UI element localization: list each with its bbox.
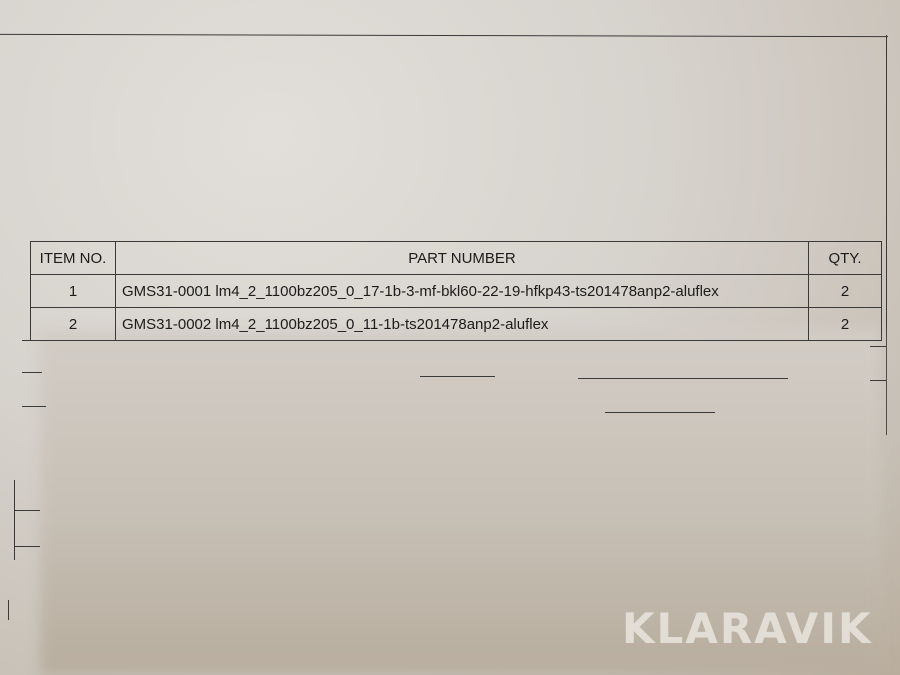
table-header-row: ITEM NO. PART NUMBER QTY. xyxy=(31,242,882,275)
line-fragment xyxy=(22,406,46,407)
cell-part-number: GMS31-0001 lm4_2_1100bz205_0_17-1b-3-mf-… xyxy=(116,275,809,308)
table-row: 2 GMS31-0002 lm4_2_1100bz205_0_11-1b-ts2… xyxy=(31,308,882,341)
parts-table: ITEM NO. PART NUMBER QTY. 1 GMS31-0001 l… xyxy=(30,241,882,341)
cell-part-number: GMS31-0002 lm4_2_1100bz205_0_11-1b-ts201… xyxy=(116,308,809,341)
line-fragment xyxy=(14,480,15,560)
line-fragment xyxy=(605,412,715,413)
line-fragment xyxy=(14,510,40,511)
line-fragment xyxy=(8,600,9,620)
line-fragment xyxy=(420,376,495,377)
cell-item-no: 2 xyxy=(31,308,116,341)
header-part-number: PART NUMBER xyxy=(116,242,809,275)
header-qty: QTY. xyxy=(809,242,882,275)
header-item-no: ITEM NO. xyxy=(31,242,116,275)
line-fragment xyxy=(14,546,40,547)
line-fragment xyxy=(22,340,52,341)
line-fragment xyxy=(22,372,42,373)
line-fragment xyxy=(870,380,886,381)
cell-qty: 2 xyxy=(809,308,882,341)
line-fragment xyxy=(870,346,886,347)
table-row: 1 GMS31-0001 lm4_2_1100bz205_0_17-1b-3-m… xyxy=(31,275,882,308)
watermark-logo: KLARAVIK xyxy=(622,604,873,653)
line-fragment xyxy=(578,378,788,379)
cell-item-no: 1 xyxy=(31,275,116,308)
frame-right-line xyxy=(886,35,887,435)
cell-qty: 2 xyxy=(809,275,882,308)
